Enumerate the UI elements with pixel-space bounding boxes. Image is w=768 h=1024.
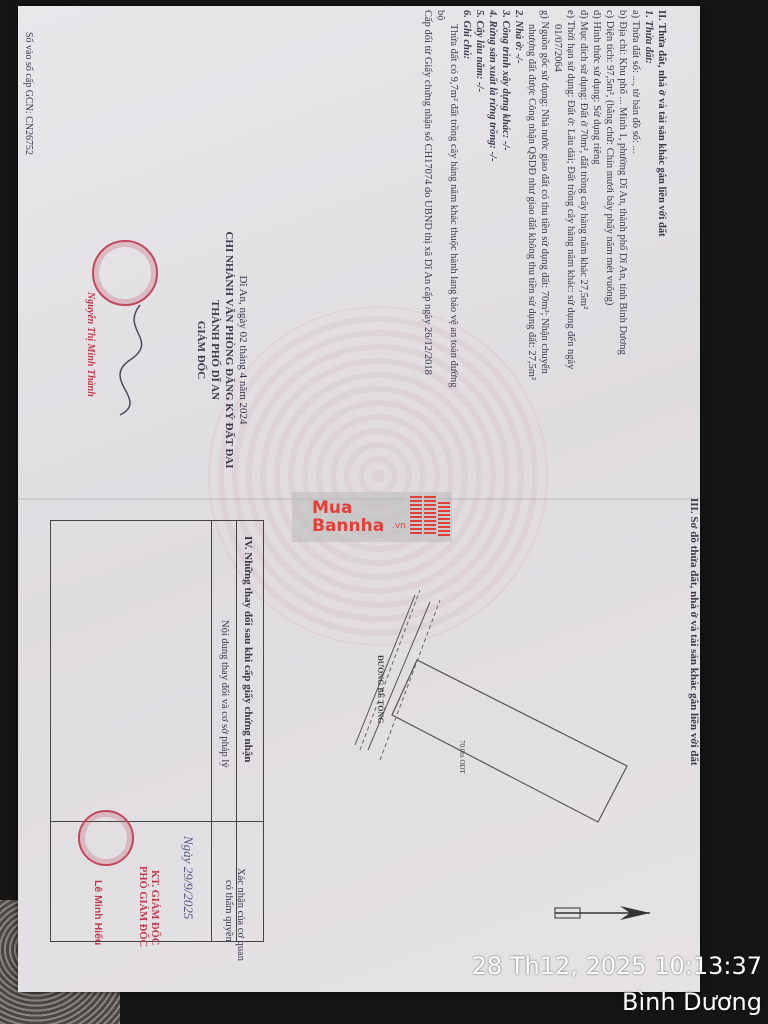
parcel-diagram: 70,0m ODT ĐƯỜNG BÊ TÔNG (340, 560, 640, 840)
authority-column-header-2: có thẩm quyền (223, 880, 234, 942)
parcel-line: g) Nguồn gốc sử dụng: Nhà nước giao đất … (538, 10, 551, 480)
item-line: 2. Nhà ở: -/- (512, 10, 525, 480)
changes-column-header: Nội dung thay đổi và cơ sở pháp lý (219, 620, 230, 768)
item-line: 3. Công trình xây dựng khác: -/- (499, 10, 512, 480)
parcel-line: d) Hình thức sử dụng: Sử dụng riêng (590, 10, 603, 480)
north-arrow-icon (550, 898, 660, 928)
photo-location: Bình Dương (622, 988, 762, 1016)
deputy-name: Lê Minh Hiếu (92, 880, 104, 945)
change-confirmation-date: Ngày 29/9/2025 (180, 836, 196, 919)
section-land-parcel: II. Thửa đất, nhà ở và tài sản khác gắn … (421, 10, 668, 480)
issuer-role: GIÁM ĐỐC (194, 200, 208, 500)
section4-title: IV. Những thay đổi sau khi cấp giấy chứn… (242, 536, 254, 762)
certificate-serial: Số vào sổ cấp GCN: CN26752 (23, 32, 34, 155)
deputy-role-line1: KT. GIÁM ĐỐC (149, 870, 160, 945)
item-line: 6. Ghi chú: (460, 10, 473, 480)
parcel-line: e) Thời hạn sử dụng: Đất ở: Lâu dài; Đất… (564, 10, 577, 480)
parcel-line: nhượng đất được Công nhận QSDĐ như giao … (525, 10, 538, 480)
photo-timestamp: 28 Th12, 2025 10:13:37 (472, 952, 762, 980)
signer-name: Nguyễn Thị Minh Thành (85, 292, 96, 397)
section2-sub1: 1. Thửa đất: (642, 10, 655, 480)
issuer-signature-block: Dĩ An, ngày 02 tháng 4 năm 2024 CHI NHÁN… (194, 200, 250, 500)
note-line: bộ (434, 10, 447, 480)
red-seal-stamp (92, 240, 158, 306)
section2-title: II. Thửa đất, nhà ở và tài sản khác gắn … (655, 10, 668, 480)
issuer-city: THÀNH PHỐ DĨ AN (208, 200, 222, 500)
svg-text:70,0m ODT: 70,0m ODT (458, 740, 466, 775)
note-line: Cấp đổi từ Giấy chứng nhận số CH17074 do… (421, 10, 434, 480)
section3-title: III. Sơ đồ thửa đất, nhà ở và tài sản kh… (688, 498, 700, 766)
parcel-line: 01/07/2064 (551, 10, 564, 480)
signature-scribble (110, 300, 170, 420)
parcel-line: c) Diện tích: 97,5m², (bằng chữ: Chín mư… (603, 10, 616, 480)
parcel-line: b) Địa chỉ: Khu phố ... Minh 1, phường D… (616, 10, 629, 480)
svg-text:ĐƯỜNG BÊ TÔNG: ĐƯỜNG BÊ TÔNG (376, 655, 386, 723)
item-line: 4. Rừng sản xuất là rừng trồng: -/- (486, 10, 499, 480)
authority-column-header-1: Xác nhận của cơ quan (235, 868, 246, 961)
issue-date: Dĩ An, ngày 02 tháng 4 năm 2024 (236, 200, 250, 500)
parcel-line: đ) Mục đích sử dụng: Đất ở 70m², đất trồ… (577, 10, 590, 480)
item-line: 5. Cây lâu năm: -/- (473, 10, 486, 480)
issuer-org: CHI NHÁNH VĂN PHÒNG ĐĂNG KÝ ĐẤT ĐAI (222, 200, 236, 500)
deputy-role-line2: PHÓ GIÁM ĐỐC (137, 866, 148, 947)
red-seal-stamp (78, 810, 134, 866)
muabannha-watermark-logo: Mua Bannha .vn (292, 492, 452, 542)
note-line: Thửa đất có 9,7m² đất trồng cây hàng năm… (447, 10, 460, 480)
parcel-line: a) Thửa đất số: ..., tờ bản đồ số: ... (629, 10, 642, 480)
